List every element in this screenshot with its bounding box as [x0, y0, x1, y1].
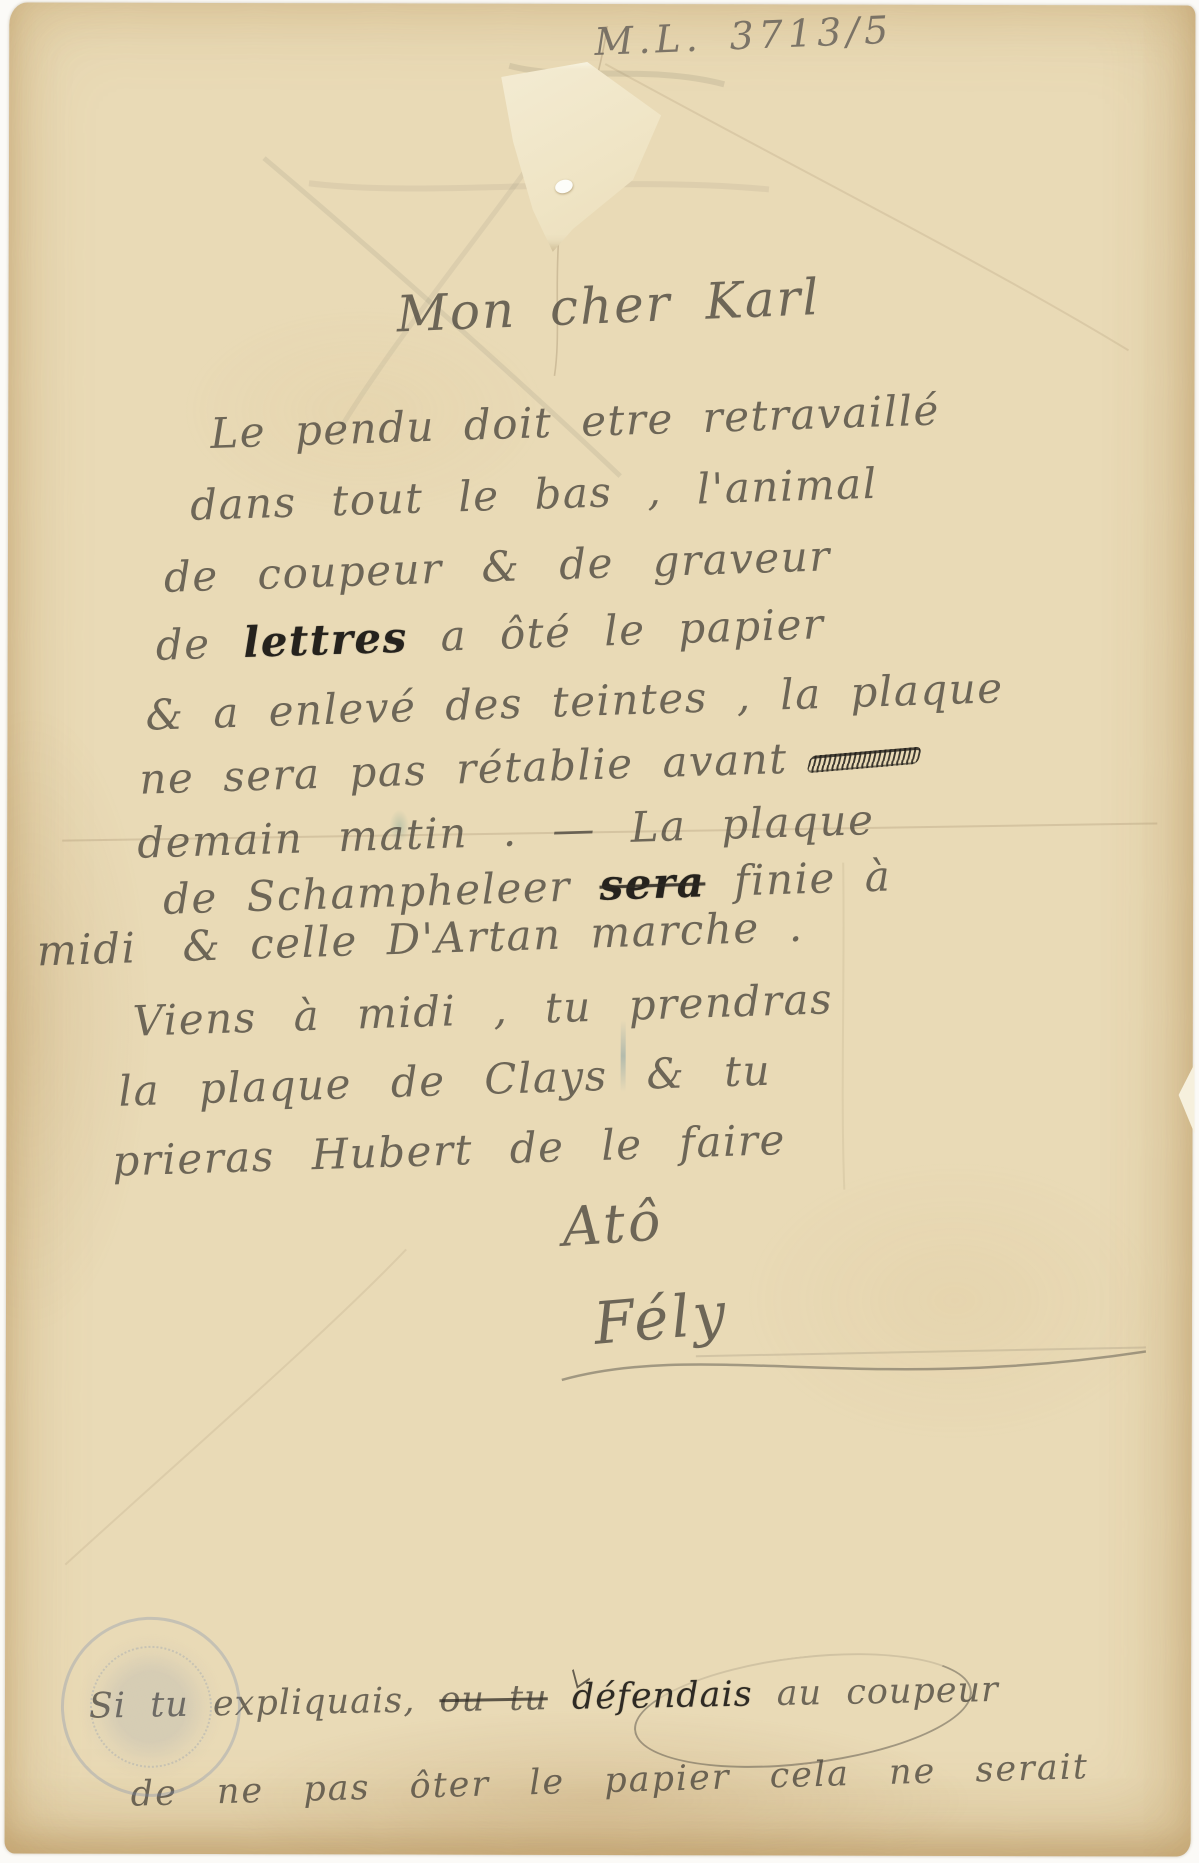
ps1-post: au coupeur [776, 1670, 999, 1714]
body-line-4-pre: de [155, 618, 244, 670]
body-line-8-post: finie à [704, 851, 892, 906]
ps1-overwritten: défendais [547, 1674, 777, 1718]
ps1-crossed-out: ou tu [439, 1678, 548, 1720]
signature: Fély [591, 1279, 731, 1358]
letter-page: M.L. 3713/5 Mon cher Karl Le pendu doit … [5, 2, 1196, 1856]
scratched-out-word [806, 746, 922, 773]
crossed-out-word: sera [599, 857, 706, 909]
margin-word: midi [36, 923, 137, 975]
overwritten-word: lettres [242, 613, 408, 667]
closing: Atô [560, 1189, 665, 1259]
